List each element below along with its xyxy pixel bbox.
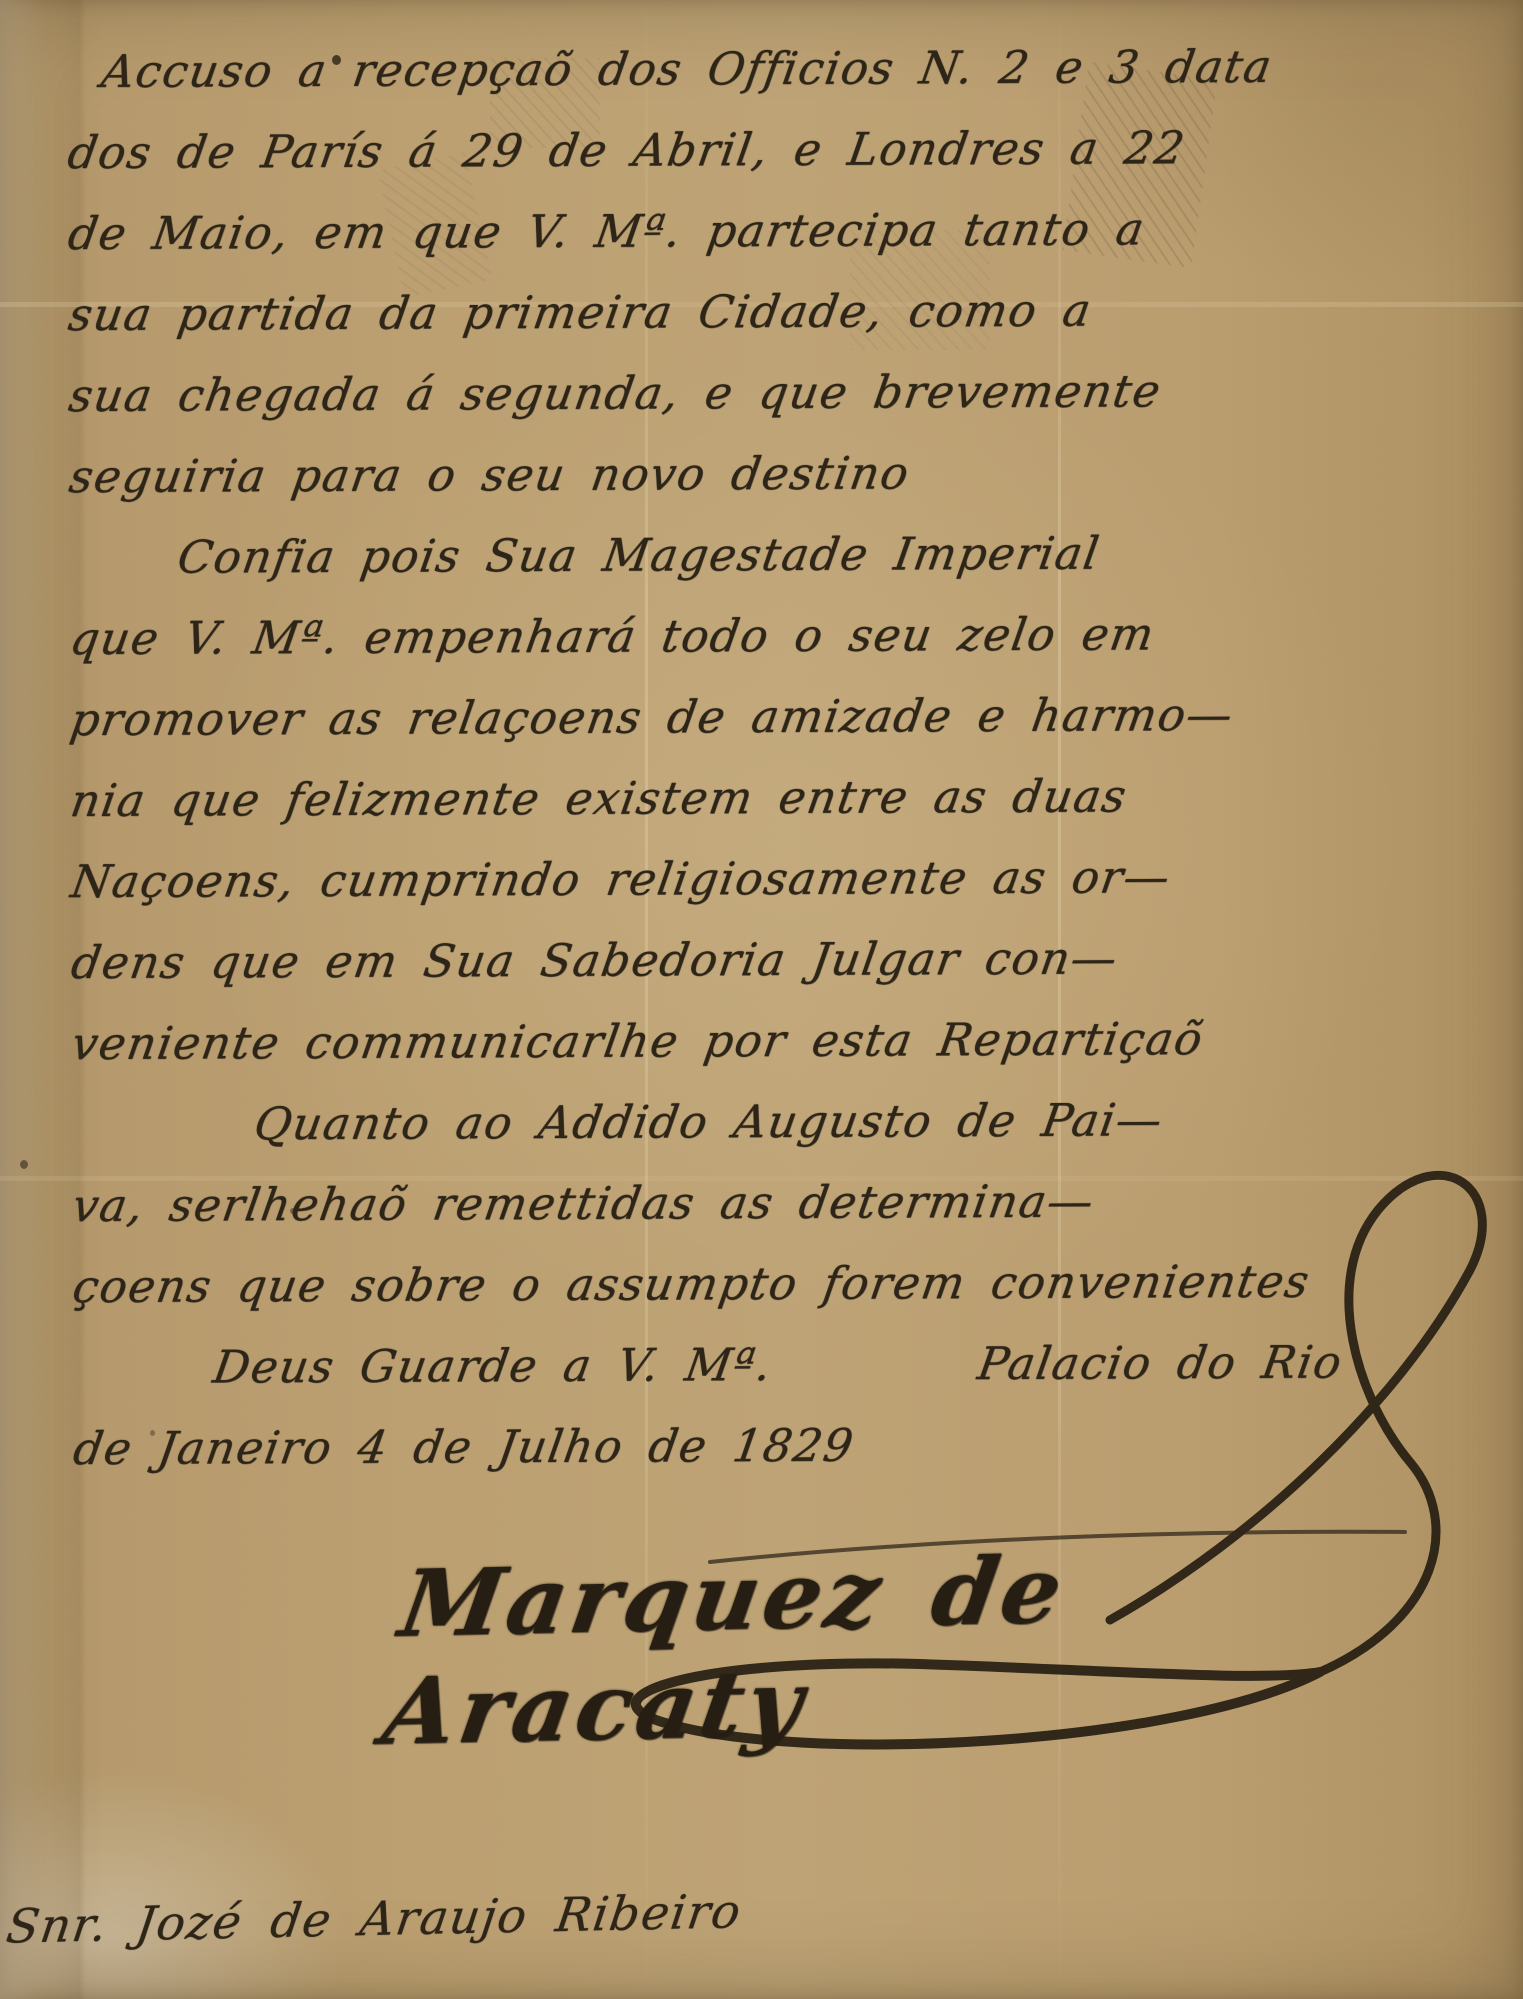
letter-line: de Maio, em que V. Mª. partecipa tanto a <box>63 187 1508 274</box>
signature-text: Marquez de Aracaty <box>376 1526 1523 1766</box>
letter-line: Deus Guarde a V. Mª. Palacio do Rio <box>68 1321 1513 1408</box>
letter-line: de Janeiro 4 de Julho de 1829 <box>68 1402 1513 1489</box>
addressee-line: Snr. Jozé de Araujo Ribeiro <box>3 1884 745 1954</box>
letter-line: dos de París á 29 de Abril, e Londres a … <box>62 106 1507 193</box>
letter-line: va, serlhehaõ remettidas as determina— <box>67 1159 1512 1246</box>
letter-line: çoens que sobre o assumpto forem conveni… <box>67 1240 1512 1327</box>
letter-line: sua partida da primeira Cidade, como a <box>63 268 1508 355</box>
letter-line: promover as relaçoens de amizade e harmo… <box>65 673 1510 760</box>
letter-line: dens que em Sua Sabedoria Julgar con— <box>66 916 1511 1003</box>
letter-line: veniente communicarlhe por esta Repartiç… <box>66 997 1511 1084</box>
letter-line: nia que felizmente existem entre as duas <box>65 754 1510 841</box>
letter-line: seguiria para o seu novo destino <box>64 430 1509 517</box>
letter-line: Naçoens, cumprindo religiosamente as or— <box>65 835 1510 922</box>
letter-body: Accuso a recepçaõ dos Officios N. 2 e 3 … <box>63 25 1502 1489</box>
letter-line: Confia pois Sua Magestade Imperial <box>64 511 1509 598</box>
letter-line: sua chegada á segunda, e que brevemente <box>63 349 1508 436</box>
letter-line: que V. Mª. empenhará todo o seu zelo em <box>64 592 1509 679</box>
letter-line: Accuso a recepçaõ dos Officios N. 2 e 3 … <box>62 25 1507 112</box>
manuscript-page: Accuso a recepçaõ dos Officios N. 2 e 3 … <box>0 0 1523 1999</box>
ink-speck <box>20 1160 28 1169</box>
letter-line: Quanto ao Addido Augusto de Pai— <box>66 1078 1511 1165</box>
